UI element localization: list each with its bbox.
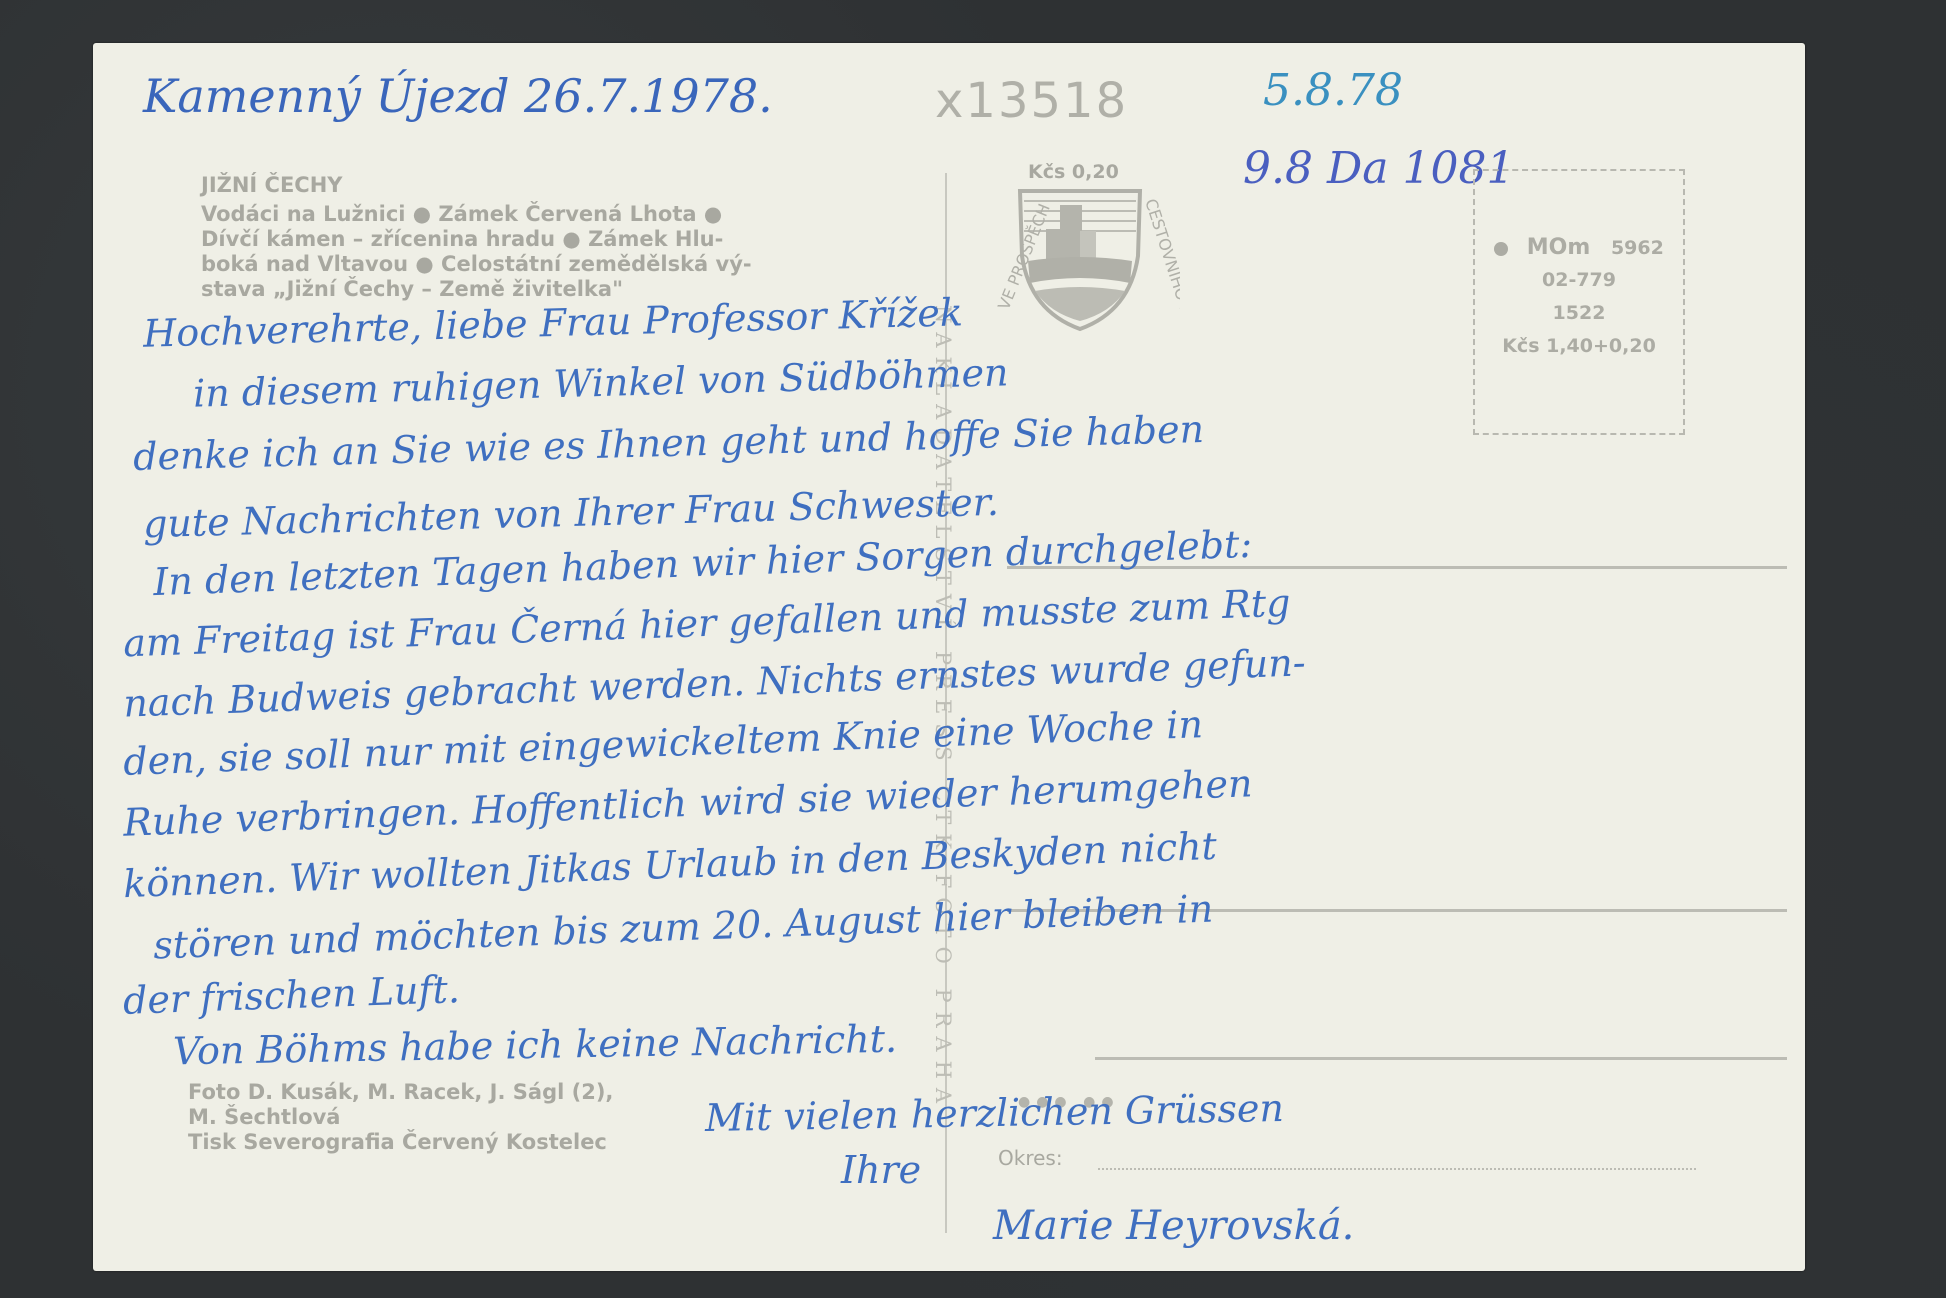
caption-block: JIŽNÍ ČECHY Vodáci na Lužnici ● Zámek Če… xyxy=(201,173,752,302)
stamp-line3: 1522 xyxy=(1475,302,1683,324)
photo-credits: Foto D. Kusák, M. Racek, J. Ságl (2), M.… xyxy=(188,1080,613,1155)
letter-signature: Marie Heyrovská. xyxy=(993,1203,1354,1249)
caption-line: boká nad Vltavou ● Celostátní zemědělská… xyxy=(201,252,752,277)
credit-line: Tisk Severografia Červený Kostelec xyxy=(188,1130,613,1155)
stamp-code: MOm xyxy=(1527,235,1591,260)
okres-label: Okres: xyxy=(998,1146,1063,1170)
castle-shield-icon: VE PROSPĚCH CESTOVNÍHO RUCHU xyxy=(980,161,1180,346)
letter-line: der frischen Luft. xyxy=(122,967,460,1023)
letter-line: denke ich an Sie wie es Ihnen geht und h… xyxy=(133,407,1205,479)
caption-line: Vodáci na Lužnici ● Zámek Červená Lhota … xyxy=(201,202,752,227)
postcard: Kamenný Újezd 26.7.1978. x13518 5.8.78 9… xyxy=(93,43,1805,1271)
stamp-code-row: MOm 5962 xyxy=(1475,235,1683,260)
emblem-ring-text-right: CESTOVNÍHO RUCHU xyxy=(1141,196,1180,346)
letter-ihre: Ihre xyxy=(841,1148,921,1192)
credit-line: M. Šechtlová xyxy=(188,1105,613,1130)
bullet-icon xyxy=(1494,242,1508,256)
handwritten-place-date: Kamenný Újezd 26.7.1978. xyxy=(143,69,773,123)
credit-line: Foto D. Kusák, M. Racek, J. Ságl (2), xyxy=(188,1080,613,1105)
letter-line: in diesem ruhigen Winkel von Südböhmen xyxy=(193,350,1009,415)
handwritten-received-date: 5.8.78 xyxy=(1263,65,1403,116)
address-line xyxy=(1095,1057,1787,1060)
caption-line: Dívčí kámen – zřícenina hradu ● Zámek Hl… xyxy=(201,227,752,252)
stamp-price: Kčs 1,40+0,20 xyxy=(1475,335,1683,357)
letter-closing: Mit vielen herzlichen Grüssen xyxy=(705,1086,1285,1140)
pencil-inventory-number: x13518 xyxy=(935,73,1128,129)
stamp-area: MOm 5962 02-779 1522 Kčs 1,40+0,20 xyxy=(1473,169,1685,435)
caption-title: JIŽNÍ ČECHY xyxy=(201,173,752,198)
stamp-number: 5962 xyxy=(1611,237,1664,259)
letter-line: Von Böhms habe ich keine Nachricht. xyxy=(173,1017,898,1074)
okres-dotted-line xyxy=(1098,1168,1696,1170)
stamp-line2: 02-779 xyxy=(1475,269,1683,291)
tourism-emblem: Kčs 0,20 VE PROSPĚCH CESTOVNÍHO RUCHU xyxy=(980,161,1180,346)
